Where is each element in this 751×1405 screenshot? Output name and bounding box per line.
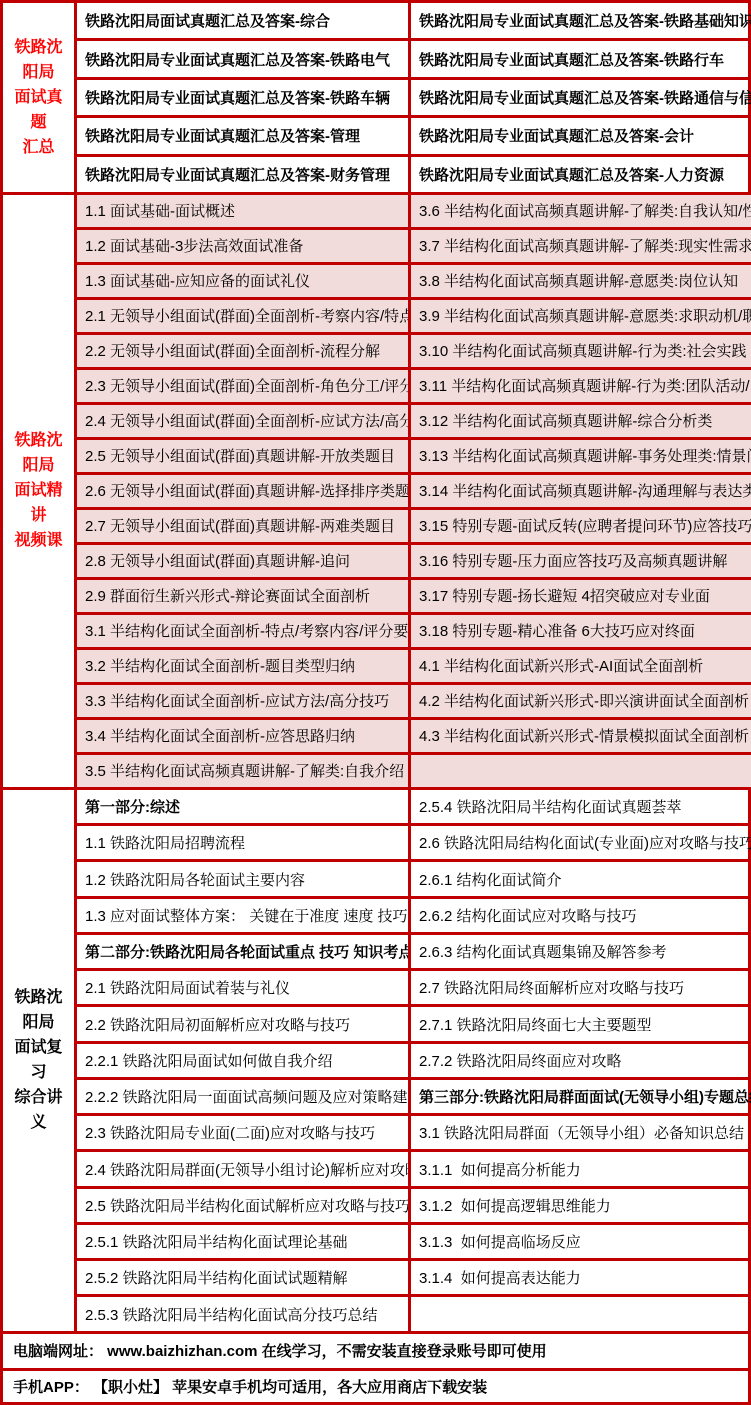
table-cell-text: 2.3 无领导小组面试(群面)全面剖析-角色分工/评分标准: [85, 375, 411, 396]
table-cell: 3.14 半结构化面试高频真题讲解-沟通理解与表达类: [411, 475, 751, 510]
table-cell: 2.4 无领导小组面试(群面)全面剖析-应试方法/高分技巧: [77, 405, 411, 440]
table-cell-text: 2.5.3 铁路沈阳局半结构化面试高分技巧总结: [85, 1304, 378, 1325]
table-cell: 第一部分:综述: [77, 790, 411, 826]
section-label-line: 汇总: [22, 135, 54, 160]
table-cell-text: 3.4 半结构化面试全面剖析-应答思路归纳: [85, 725, 355, 746]
table-cell: 2.5.2 铁路沈阳局半结构化面试试题精解: [77, 1261, 411, 1297]
table-cell-text: 3.5 半结构化面试高频真题讲解-了解类:自我介绍: [85, 760, 404, 781]
table-cell-text: 3.3 半结构化面试全面剖析-应试方法/高分技巧: [85, 690, 389, 711]
table-cell-text: 4.3 半结构化面试新兴形式-情景模拟面试全面剖析: [419, 725, 749, 746]
table-cell: 2.5.3 铁路沈阳局半结构化面试高分技巧总结: [77, 1297, 411, 1333]
table-cell-text: 2.4 无领导小组面试(群面)全面剖析-应试方法/高分技巧: [85, 410, 411, 431]
section-grid-video: 1.1 面试基础-面试概述3.6 半结构化面试高频真题讲解-了解类:自我认知/性…: [77, 195, 751, 790]
table-cell: 2.2.1 铁路沈阳局面试如何做自我介绍: [77, 1044, 411, 1080]
section-label-line: 铁路沈阳局: [7, 35, 70, 85]
table-cell-text: 2.3 铁路沈阳局专业面(二面)应对攻略与技巧: [85, 1122, 375, 1143]
section-interview-questions: 铁路沈阳局面试真题汇总 铁路沈阳局面试真题汇总及答案-综合铁路沈阳局专业面试真题…: [3, 3, 748, 195]
table-cell: 2.1 无领导小组面试(群面)全面剖析-考察内容/特点: [77, 300, 411, 335]
table-cell: 3.10 半结构化面试高频真题讲解-行为类:社会实践: [411, 335, 751, 370]
table-cell-text: 3.17 特别专题-扬长避短 4招突破应对专业面: [419, 585, 710, 606]
table-cell: 铁路沈阳局面试真题汇总及答案-综合: [77, 3, 411, 41]
table-cell: 1.3 面试基础-应知应备的面试礼仪: [77, 265, 411, 300]
table-cell: 2.2.2 铁路沈阳局一面面试高频问题及应对策略建议: [77, 1080, 411, 1116]
table-cell-text: 2.2 无领导小组面试(群面)全面剖析-流程分解: [85, 340, 380, 361]
table-cell: 铁路沈阳局专业面试真题汇总及答案-铁路基础知识: [411, 3, 751, 41]
table-cell: 3.1.3 如何提高临场反应: [411, 1225, 751, 1261]
footer-mobile-app: 手机APP： 【职小灶】 苹果安卓手机均可适用，各大应用商店下载安装: [3, 1371, 748, 1402]
table-cell: 2.4 铁路沈阳局群面(无领导小组讨论)解析应对攻略: [77, 1152, 411, 1188]
table-cell-text: 1.1 铁路沈阳局招聘流程: [85, 832, 245, 853]
table-cell: 3.7 半结构化面试高频真题讲解-了解类:现实性需求: [411, 230, 751, 265]
table-cell-text: 2.5 无领导小组面试(群面)真题讲解-开放类题目: [85, 445, 395, 466]
table-cell-text: 3.12 半结构化面试高频真题讲解-综合分析类: [419, 410, 712, 431]
table-cell-text: 3.14 半结构化面试高频真题讲解-沟通理解与表达类: [419, 480, 751, 501]
table-cell: 2.6.2 结构化面试应对攻略与技巧: [411, 899, 751, 935]
footer-pc-website: 电脑端网址： www.baizhizhan.com 在线学习，不需安装直接登录账…: [3, 1334, 748, 1371]
table-cell: 3.15 特别专题-面试反转(应聘者提问环节)应答技巧: [411, 510, 751, 545]
table-cell: 3.6 半结构化面试高频真题讲解-了解类:自我认知/性格: [411, 195, 751, 230]
table-cell-text: 3.9 半结构化面试高频真题讲解-意愿类:求职动机/职业: [419, 305, 751, 326]
table-cell-text: 铁路沈阳局专业面试真题汇总及答案-铁路行车: [419, 49, 724, 70]
table-cell: 3.3 半结构化面试全面剖析-应试方法/高分技巧: [77, 685, 411, 720]
table-cell: 2.2 无领导小组面试(群面)全面剖析-流程分解: [77, 335, 411, 370]
table-cell: 2.7 无领导小组面试(群面)真题讲解-两难类题目: [77, 510, 411, 545]
table-cell: 1.1 面试基础-面试概述: [77, 195, 411, 230]
table-cell-text: 2.1 铁路沈阳局面试着装与礼仪: [85, 977, 290, 998]
table-cell: 3.18 特别专题-精心准备 6大技巧应对终面: [411, 615, 751, 650]
section-grid-handout: 第一部分:综述2.5.4 铁路沈阳局半结构化面试真题荟萃1.1 铁路沈阳局招聘流…: [77, 790, 751, 1334]
table-cell-text: 4.2 半结构化面试新兴形式-即兴演讲面试全面剖析: [419, 690, 749, 711]
table-cell-text: 2.2.1 铁路沈阳局面试如何做自我介绍: [85, 1050, 333, 1071]
table-cell: 2.1 铁路沈阳局面试着装与礼仪: [77, 971, 411, 1007]
table-cell: 2.6.1 结构化面试简介: [411, 862, 751, 898]
table-cell-text: 3.15 特别专题-面试反转(应聘者提问环节)应答技巧: [419, 515, 751, 536]
table-cell: 2.5.4 铁路沈阳局半结构化面试真题荟萃: [411, 790, 751, 826]
table-cell-text: 铁路沈阳局专业面试真题汇总及答案-铁路电气: [85, 49, 390, 70]
table-cell: 2.5.1 铁路沈阳局半结构化面试理论基础: [77, 1225, 411, 1261]
table-cell-text: 4.1 半结构化面试新兴形式-AI面试全面剖析: [419, 655, 703, 676]
table-cell-text: 3.2 半结构化面试全面剖析-题目类型归纳: [85, 655, 355, 676]
table-cell: 2.6.3 结构化面试真题集锦及解答参考: [411, 935, 751, 971]
section-label-line: 铁路沈阳局: [7, 985, 70, 1035]
table-cell: 2.7 铁路沈阳局终面解析应对攻略与技巧: [411, 971, 751, 1007]
table-cell: 2.9 群面衍生新兴形式-辩论赛面试全面剖析: [77, 580, 411, 615]
table-cell-text: 第一部分:综述: [85, 796, 180, 817]
table-cell-text: 2.5.4 铁路沈阳局半结构化面试真题荟萃: [419, 796, 682, 817]
table-cell: 1.3 应对面试整体方案： 关键在于准度 速度 技巧: [77, 899, 411, 935]
section-video-course: 铁路沈阳局面试精讲视频课 1.1 面试基础-面试概述3.6 半结构化面试高频真题…: [3, 195, 748, 790]
table-cell-text: 铁路沈阳局专业面试真题汇总及答案-财务管理: [85, 164, 390, 185]
table-cell-text: 1.2 面试基础-3步法高效面试准备: [85, 235, 303, 256]
table-cell: 3.1 半结构化面试全面剖析-特点/考察内容/评分要素: [77, 615, 411, 650]
table-cell: 2.6 无领导小组面试(群面)真题讲解-选择排序类题目: [77, 475, 411, 510]
table-cell: 3.1 铁路沈阳局群面（无领导小组）必备知识总结: [411, 1116, 751, 1152]
table-cell-text: 2.4 铁路沈阳局群面(无领导小组讨论)解析应对攻略: [85, 1159, 411, 1180]
table-cell: 铁路沈阳局专业面试真题汇总及答案-会计: [411, 118, 751, 156]
table-cell-text: 3.1.1 如何提高分析能力: [419, 1159, 581, 1180]
table-cell-text: 2.5.2 铁路沈阳局半结构化面试试题精解: [85, 1267, 348, 1288]
table-cell-text: 2.5.1 铁路沈阳局半结构化面试理论基础: [85, 1231, 348, 1252]
table-cell-text: 3.1 半结构化面试全面剖析-特点/考察内容/评分要素: [85, 620, 411, 641]
section-label-line: 综合讲义: [7, 1085, 70, 1135]
table-cell: 3.17 特别专题-扬长避短 4招突破应对专业面: [411, 580, 751, 615]
table-cell-text: 2.6.3 结构化面试真题集锦及解答参考: [419, 941, 667, 962]
table-cell-text: 2.7.1 铁路沈阳局终面七大主要题型: [419, 1014, 652, 1035]
table-cell-text: 3.1.2 如何提高逻辑思维能力: [419, 1195, 611, 1216]
table-cell-text: 3.1.3 如何提高临场反应: [419, 1231, 581, 1252]
section-label-line: 面试精讲: [7, 478, 70, 528]
table-cell: 2.8 无领导小组面试(群面)真题讲解-追问: [77, 545, 411, 580]
table-cell-text: 1.3 面试基础-应知应备的面试礼仪: [85, 270, 310, 291]
section-label-line: 视频课: [14, 528, 62, 553]
table-cell-text: 2.6 铁路沈阳局结构化面试(专业面)应对攻略与技巧: [419, 832, 751, 853]
table-cell: 2.7.1 铁路沈阳局终面七大主要题型: [411, 1007, 751, 1043]
table-cell-text: 第二部分:铁路沈阳局各轮面试重点 技巧 知识考点: [85, 941, 411, 962]
section-label-handout: 铁路沈阳局面试复习综合讲义: [3, 790, 77, 1334]
table-cell: 2.5 铁路沈阳局半结构化面试解析应对攻略与技巧: [77, 1189, 411, 1225]
table-cell: 1.1 铁路沈阳局招聘流程: [77, 826, 411, 862]
section-review-handout: 铁路沈阳局面试复习综合讲义 第一部分:综述2.5.4 铁路沈阳局半结构化面试真题…: [3, 790, 748, 1334]
table-cell-text: 2.8 无领导小组面试(群面)真题讲解-追问: [85, 550, 350, 571]
table-cell-text: 1.1 面试基础-面试概述: [85, 200, 235, 221]
table-cell: 2.3 无领导小组面试(群面)全面剖析-角色分工/评分标准: [77, 370, 411, 405]
table-cell-text: 3.6 半结构化面试高频真题讲解-了解类:自我认知/性格: [419, 200, 751, 221]
table-cell: 铁路沈阳局专业面试真题汇总及答案-财务管理: [77, 157, 411, 195]
table-cell-text: 2.7 铁路沈阳局终面解析应对攻略与技巧: [419, 977, 684, 998]
table-cell-text: 2.2 铁路沈阳局初面解析应对攻略与技巧: [85, 1014, 350, 1035]
table-cell-text: 3.11 半结构化面试高频真题讲解-行为类:团队活动/: [419, 375, 750, 396]
table-cell-text: 3.18 特别专题-精心准备 6大技巧应对终面: [419, 620, 695, 641]
table-cell: 铁路沈阳局专业面试真题汇总及答案-管理: [77, 118, 411, 156]
section-label-video: 铁路沈阳局面试精讲视频课: [3, 195, 77, 790]
table-cell-text: 2.6.2 结构化面试应对攻略与技巧: [419, 905, 637, 926]
table-cell-text: 2.6 无领导小组面试(群面)真题讲解-选择排序类题目: [85, 480, 411, 501]
course-catalog-table: 铁路沈阳局面试真题汇总 铁路沈阳局面试真题汇总及答案-综合铁路沈阳局专业面试真题…: [0, 0, 751, 1405]
table-cell: 1.2 铁路沈阳局各轮面试主要内容: [77, 862, 411, 898]
table-cell-text: 1.2 铁路沈阳局各轮面试主要内容: [85, 869, 305, 890]
table-cell-text: 3.16 特别专题-压力面应答技巧及高频真题讲解: [419, 550, 727, 571]
table-cell-text: 铁路沈阳局专业面试真题汇总及答案-铁路车辆: [85, 87, 390, 108]
table-cell-text: 1.3 应对面试整体方案： 关键在于准度 速度 技巧: [85, 905, 408, 926]
table-cell-text: 铁路沈阳局专业面试真题汇总及答案-铁路通信与信号: [419, 87, 751, 108]
table-cell-text: 2.5 铁路沈阳局半结构化面试解析应对攻略与技巧: [85, 1195, 410, 1216]
table-cell-text: 3.1 铁路沈阳局群面（无领导小组）必备知识总结: [419, 1122, 744, 1143]
table-cell: [411, 1297, 751, 1333]
table-cell: 3.5 半结构化面试高频真题讲解-了解类:自我介绍: [77, 755, 411, 790]
table-cell-text: 铁路沈阳局专业面试真题汇总及答案-会计: [419, 125, 694, 146]
table-cell: 第二部分:铁路沈阳局各轮面试重点 技巧 知识考点: [77, 935, 411, 971]
table-cell: 4.3 半结构化面试新兴形式-情景模拟面试全面剖析: [411, 720, 751, 755]
table-cell: 3.1.1 如何提高分析能力: [411, 1152, 751, 1188]
table-cell: 3.9 半结构化面试高频真题讲解-意愿类:求职动机/职业: [411, 300, 751, 335]
section-label-line: 面试复习: [7, 1035, 70, 1085]
table-cell-text: 3.7 半结构化面试高频真题讲解-了解类:现实性需求: [419, 235, 751, 256]
table-cell: 3.8 半结构化面试高频真题讲解-意愿类:岗位认知: [411, 265, 751, 300]
table-cell: 铁路沈阳局专业面试真题汇总及答案-铁路通信与信号: [411, 80, 751, 118]
table-cell: 第三部分:铁路沈阳局群面面试(无领导小组)专题总结: [411, 1080, 751, 1116]
table-cell-text: 2.7 无领导小组面试(群面)真题讲解-两难类题目: [85, 515, 395, 536]
table-cell-text: 3.8 半结构化面试高频真题讲解-意愿类:岗位认知: [419, 270, 738, 291]
table-cell-text: 第三部分:铁路沈阳局群面面试(无领导小组)专题总结: [419, 1086, 751, 1107]
table-cell: 3.1.2 如何提高逻辑思维能力: [411, 1189, 751, 1225]
table-cell: 2.3 铁路沈阳局专业面(二面)应对攻略与技巧: [77, 1116, 411, 1152]
table-cell: 3.11 半结构化面试高频真题讲解-行为类:团队活动/: [411, 370, 751, 405]
table-cell: 3.13 半结构化面试高频真题讲解-事务处理类:情景问题: [411, 440, 751, 475]
table-cell: 3.16 特别专题-压力面应答技巧及高频真题讲解: [411, 545, 751, 580]
table-cell: 铁路沈阳局专业面试真题汇总及答案-铁路行车: [411, 41, 751, 79]
table-cell-text: 3.13 半结构化面试高频真题讲解-事务处理类:情景问题: [419, 445, 751, 466]
table-cell-text: 3.10 半结构化面试高频真题讲解-行为类:社会实践: [419, 340, 747, 361]
table-cell: 铁路沈阳局专业面试真题汇总及答案-铁路电气: [77, 41, 411, 79]
table-cell-text: 2.7.2 铁路沈阳局终面应对攻略: [419, 1050, 622, 1071]
table-cell-text: 铁路沈阳局专业面试真题汇总及答案-铁路基础知识: [419, 10, 751, 31]
table-cell: 2.5 无领导小组面试(群面)真题讲解-开放类题目: [77, 440, 411, 475]
section-grid-questions: 铁路沈阳局面试真题汇总及答案-综合铁路沈阳局专业面试真题汇总及答案-铁路基础知识…: [77, 3, 751, 195]
table-cell: 3.2 半结构化面试全面剖析-题目类型归纳: [77, 650, 411, 685]
section-label-questions: 铁路沈阳局面试真题汇总: [3, 3, 77, 195]
table-cell-text: 2.9 群面衍生新兴形式-辩论赛面试全面剖析: [85, 585, 370, 606]
table-cell: 2.2 铁路沈阳局初面解析应对攻略与技巧: [77, 1007, 411, 1043]
table-cell-text: 铁路沈阳局专业面试真题汇总及答案-人力资源: [419, 164, 724, 185]
table-cell: 3.4 半结构化面试全面剖析-应答思路归纳: [77, 720, 411, 755]
table-cell: 铁路沈阳局专业面试真题汇总及答案-人力资源: [411, 157, 751, 195]
table-cell-text: 2.2.2 铁路沈阳局一面面试高频问题及应对策略建议: [85, 1086, 411, 1107]
table-cell-text: 2.6.1 结构化面试简介: [419, 869, 562, 890]
table-cell: 3.12 半结构化面试高频真题讲解-综合分析类: [411, 405, 751, 440]
footer-pc-website-text: 电脑端网址： www.baizhizhan.com 在线学习，不需安装直接登录账…: [13, 1340, 547, 1361]
table-cell: 2.7.2 铁路沈阳局终面应对攻略: [411, 1044, 751, 1080]
table-cell-text: 铁路沈阳局面试真题汇总及答案-综合: [85, 10, 330, 31]
table-cell-text: 2.1 无领导小组面试(群面)全面剖析-考察内容/特点: [85, 305, 411, 326]
table-cell: 4.2 半结构化面试新兴形式-即兴演讲面试全面剖析: [411, 685, 751, 720]
footer-mobile-app-text: 手机APP： 【职小灶】 苹果安卓手机均可适用，各大应用商店下载安装: [13, 1376, 487, 1397]
table-cell: [411, 755, 751, 790]
table-cell-text: 铁路沈阳局专业面试真题汇总及答案-管理: [85, 125, 360, 146]
table-cell: 铁路沈阳局专业面试真题汇总及答案-铁路车辆: [77, 80, 411, 118]
section-label-line: 面试真题: [7, 85, 70, 135]
table-cell-text: 3.1.4 如何提高表达能力: [419, 1267, 581, 1288]
table-cell: 1.2 面试基础-3步法高效面试准备: [77, 230, 411, 265]
table-cell: 2.6 铁路沈阳局结构化面试(专业面)应对攻略与技巧: [411, 826, 751, 862]
section-label-line: 铁路沈阳局: [7, 428, 70, 478]
table-cell: 4.1 半结构化面试新兴形式-AI面试全面剖析: [411, 650, 751, 685]
table-cell: 3.1.4 如何提高表达能力: [411, 1261, 751, 1297]
